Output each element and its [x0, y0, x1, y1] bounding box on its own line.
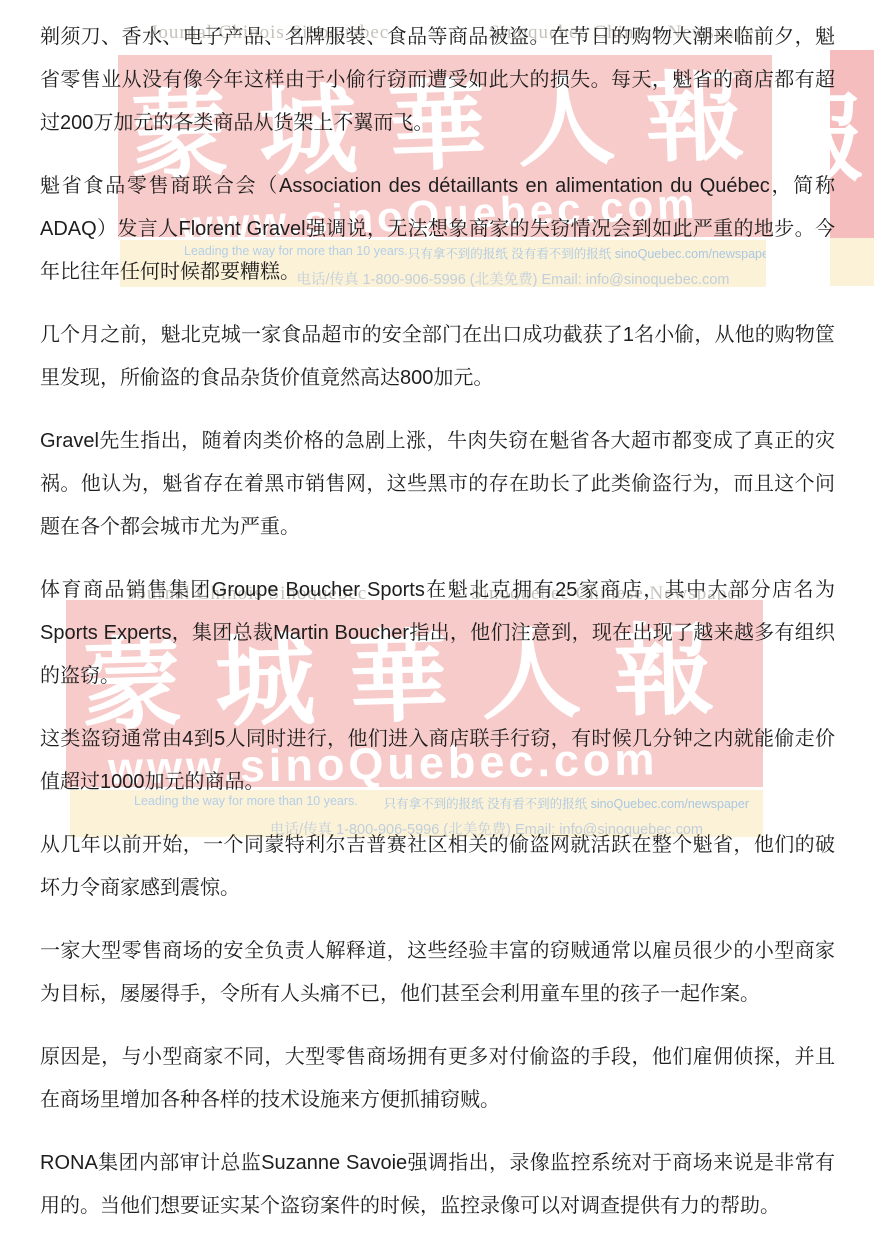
paragraph: Gravel先生指出，随着肉类价格的急剧上涨，牛肉失窃在魁省各大超市都变成了真正…: [40, 420, 835, 549]
paragraph: 这类盗窃通常由4到5人同时进行，他们进入商店联手行窃，有时候几分钟之内就能偷走价…: [40, 718, 835, 804]
paragraph: RONA集团内部审计总监Suzanne Savoie强调指出，录像监控系统对于商…: [40, 1142, 835, 1228]
article-body: 剃须刀、香水、电子产品、名牌服装、食品等商品被盗。在节日的购物大潮来临前夕，魁省…: [0, 0, 874, 1228]
paragraph: 体育商品销售集团Groupe Boucher Sports在魁北克拥有25家商店…: [40, 569, 835, 698]
paragraph: 原因是，与小型商家不同，大型零售商场拥有更多对付偷盗的手段，他们雇佣侦探，并且在…: [40, 1036, 835, 1122]
paragraph: 剃须刀、香水、电子产品、名牌服装、食品等商品被盗。在节日的购物大潮来临前夕，魁省…: [40, 16, 835, 145]
paragraph: 几个月之前，魁北克城一家食品超市的安全部门在出口成功截获了1名小偷，从他的购物筐…: [40, 314, 835, 400]
paragraph: 魁省食品零售商联合会（Association des détaillants e…: [40, 165, 835, 294]
newspaper-article-page: Journal Chinois Sinoquebec Sinoquebec Ch…: [0, 0, 874, 1242]
paragraph: 一家大型零售商场的安全负责人解释道，这些经验丰富的窃贼通常以雇员很少的小型商家为…: [40, 930, 835, 1016]
paragraph: 从几年以前开始，一个同蒙特利尔吉普赛社区相关的偷盗网就活跃在整个魁省，他们的破坏…: [40, 824, 835, 910]
